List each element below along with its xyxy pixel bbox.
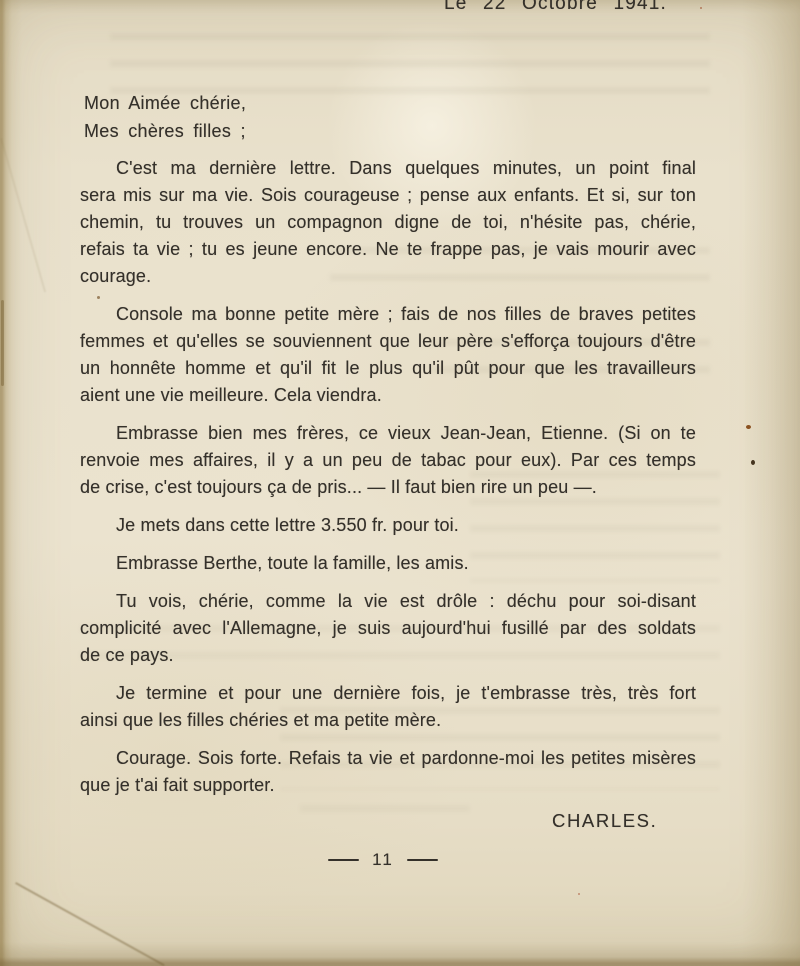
foxing-speck — [578, 893, 580, 895]
paragraph-line: complicité avec l'Allemagne, je suis auj… — [80, 615, 696, 642]
letter-paragraph: Tu vois, chérie, comme la vie est drôle … — [80, 588, 696, 669]
paragraph-line: Je mets dans cette lettre 3.550 fr. pour… — [80, 512, 696, 539]
paragraph-line: femmes et qu'elles se souviennent que le… — [80, 328, 696, 355]
letter-paragraph: Embrasse Berthe, toute la famille, les a… — [80, 550, 696, 577]
paragraph-line: renvoie mes affaires, il y a un peu de t… — [80, 447, 696, 474]
paragraph-line: de crise, c'est toujours ça de pris... —… — [80, 474, 696, 501]
paragraph-line: un honnête homme et qu'il fit le plus qu… — [80, 355, 696, 382]
page-edge — [0, 0, 800, 14]
salutation-line: Mes chères filles ; — [84, 118, 246, 146]
letter-paragraph: Courage. Sois forte. Refais ta vie et pa… — [80, 745, 696, 799]
letter-paragraph: Embrasse bien mes frères, ce vieux Jean-… — [80, 420, 696, 501]
letter-body: C'est ma dernière lettre. Dans quelques … — [80, 155, 696, 810]
paragraph-line: courage. — [80, 263, 696, 290]
letter-paragraph: Je mets dans cette lettre 3.550 fr. pour… — [80, 512, 696, 539]
paragraph-line: chemin, tu trouves un compagnon digne de… — [80, 209, 696, 236]
letter-paragraph: Console ma bonne petite mère ; fais de n… — [80, 301, 696, 409]
page-edge — [742, 0, 800, 966]
paragraph-line: ainsi que les filles chéries et ma petit… — [80, 707, 696, 734]
signature: CHARLES. — [552, 810, 657, 832]
paragraph-line: Embrasse bien mes frères, ce vieux Jean-… — [80, 420, 696, 447]
paragraph-line: Tu vois, chérie, comme la vie est drôle … — [80, 588, 696, 615]
paragraph-line: Courage. Sois forte. Refais ta vie et pa… — [80, 745, 696, 772]
paragraph-line: sera mis sur ma vie. Sois courageuse ; p… — [80, 182, 696, 209]
salutation: Mon Aimée chérie, Mes chères filles ; — [84, 90, 246, 145]
page-number-rule — [328, 859, 359, 862]
letter-page: Le 22 Octobre 1941. Mon Aimée chérie, Me… — [0, 0, 800, 966]
page-number: 11 — [0, 850, 766, 870]
letter-paragraph: C'est ma dernière lettre. Dans quelques … — [80, 155, 696, 290]
paragraph-line: de ce pays. — [80, 642, 696, 669]
page-edge — [0, 942, 800, 966]
paragraph-line: aient une vie meilleure. Cela viendra. — [80, 382, 696, 409]
page-edge — [0, 0, 22, 966]
paragraph-line: refais ta vie ; tu es jeune encore. Ne t… — [80, 236, 696, 263]
page-number-value: 11 — [372, 850, 394, 870]
paragraph-line: Embrasse Berthe, toute la famille, les a… — [80, 550, 696, 577]
paragraph-line: C'est ma dernière lettre. Dans quelques … — [80, 155, 696, 182]
salutation-line: Mon Aimée chérie, — [84, 90, 246, 118]
paragraph-line: que je t'ai fait supporter. — [80, 772, 696, 799]
date-line: Le 22 Octobre 1941. — [444, 0, 667, 17]
paragraph-line: Console ma bonne petite mère ; fais de n… — [80, 301, 696, 328]
paragraph-line: Je termine et pour une dernière fois, je… — [80, 680, 696, 707]
letter-paragraph: Je termine et pour une dernière fois, je… — [80, 680, 696, 734]
bleed-through — [110, 24, 710, 94]
page-number-rule — [407, 859, 438, 862]
